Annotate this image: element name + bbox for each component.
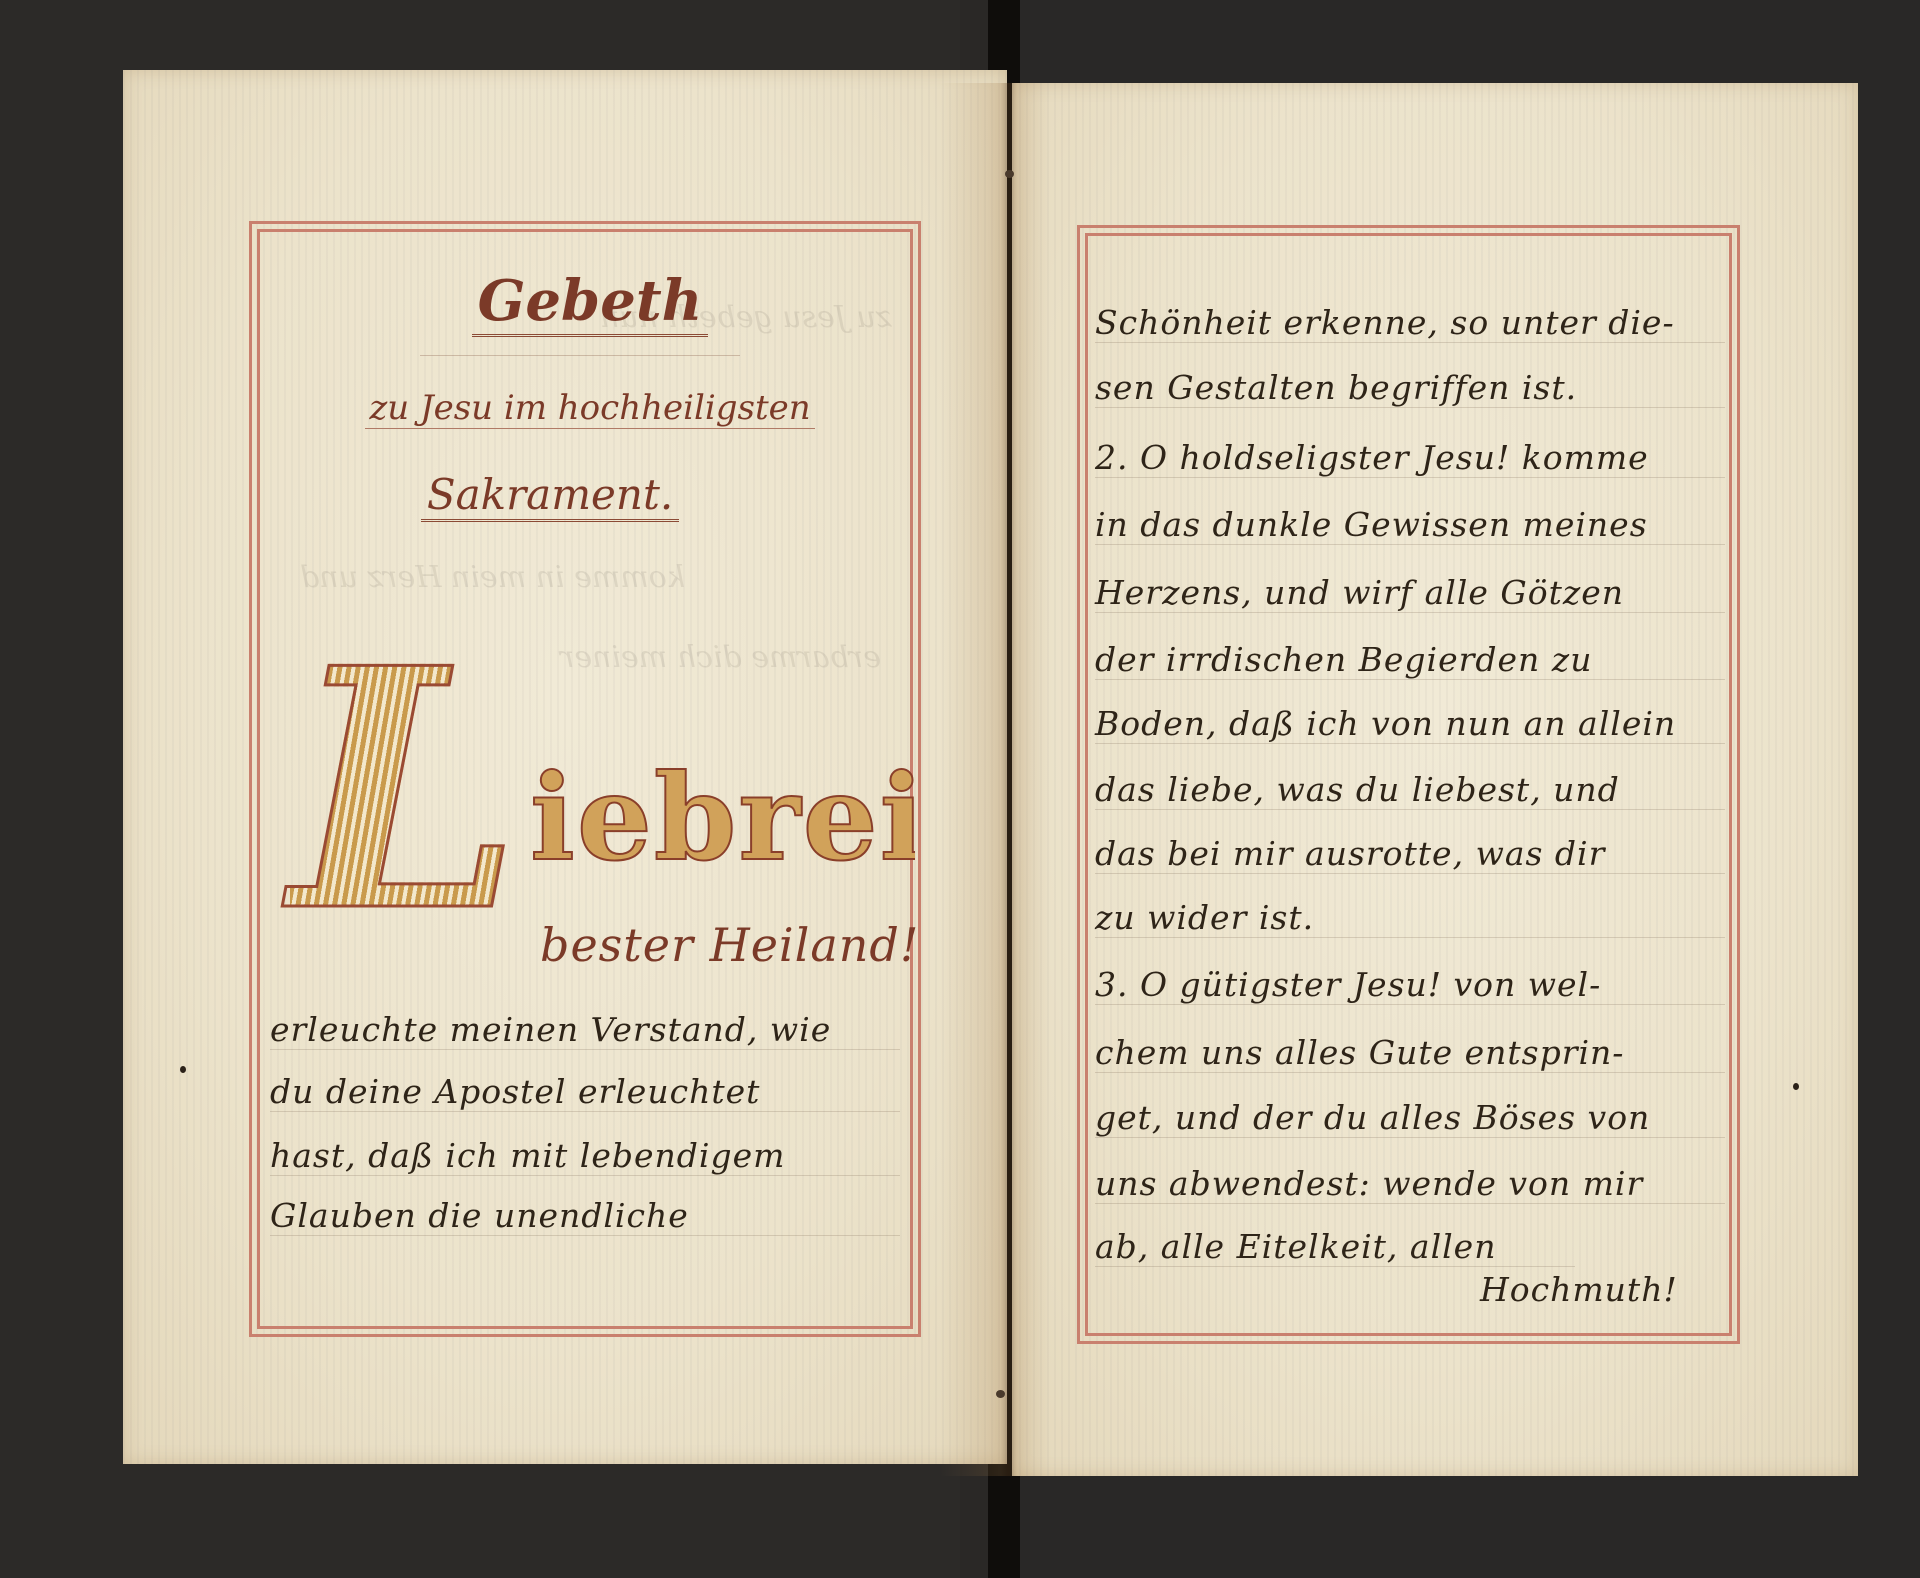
text-line: uns abwendest: wende von mir [1095, 1164, 1725, 1204]
ruled-line [420, 355, 740, 356]
text-line: 3. O gütigster Jesu! von wel- [1095, 965, 1725, 1005]
ink-blot [996, 1390, 1005, 1398]
text-line: Herzens, und wirf alle Götzen [1095, 573, 1725, 613]
text-line: get, und der du alles Böses von [1095, 1098, 1725, 1138]
ornamental-initial-L: L [290, 625, 522, 955]
text-line: du deine Apostel erleuchtet [270, 1072, 900, 1112]
text-line: ab, alle Eitelkeit, allen [1095, 1227, 1575, 1267]
text-line: chem uns alles Gute entsprin- [1095, 1033, 1725, 1073]
text-line: das bei mir ausrotte, was dir [1095, 834, 1725, 874]
text-line: erleuchte meinen Verstand, wie [270, 1010, 900, 1050]
text-line: Schönheit erkenne, so unter die- [1095, 303, 1725, 343]
text-line: in das dunkle Gewissen meines [1095, 505, 1725, 545]
text-line: hast, daß ich mit lebendigem [270, 1136, 900, 1176]
prayer-subtitle-sakrament: Sakrament. [300, 470, 800, 519]
text-line: sen Gestalten begriffen ist. [1095, 368, 1725, 408]
margin-ink-dot [1793, 1083, 1799, 1090]
prayer-title: Gebeth [270, 268, 910, 334]
prayer-subtitle: zu Jesu im hochheiligsten [270, 388, 910, 428]
text-line: 2. O holdseligster Jesu! komme [1095, 438, 1725, 478]
text-line: Glauben die unendliche [270, 1196, 900, 1236]
text-line: Boden, daß ich von nun an allein [1095, 704, 1725, 744]
blackletter-heading: iebreiche [530, 748, 915, 887]
heiland-heading: bester Heiland! [540, 918, 919, 972]
text-line: das liebe, was du liebest, und [1095, 770, 1725, 810]
text-line: zu wider ist. [1095, 898, 1725, 938]
margin-ink-dot [180, 1066, 186, 1073]
ink-blot [1005, 170, 1014, 178]
text-line: der irrdischen Begierden zu [1095, 640, 1725, 680]
catchword: Hochmuth! [1480, 1270, 1678, 1309]
